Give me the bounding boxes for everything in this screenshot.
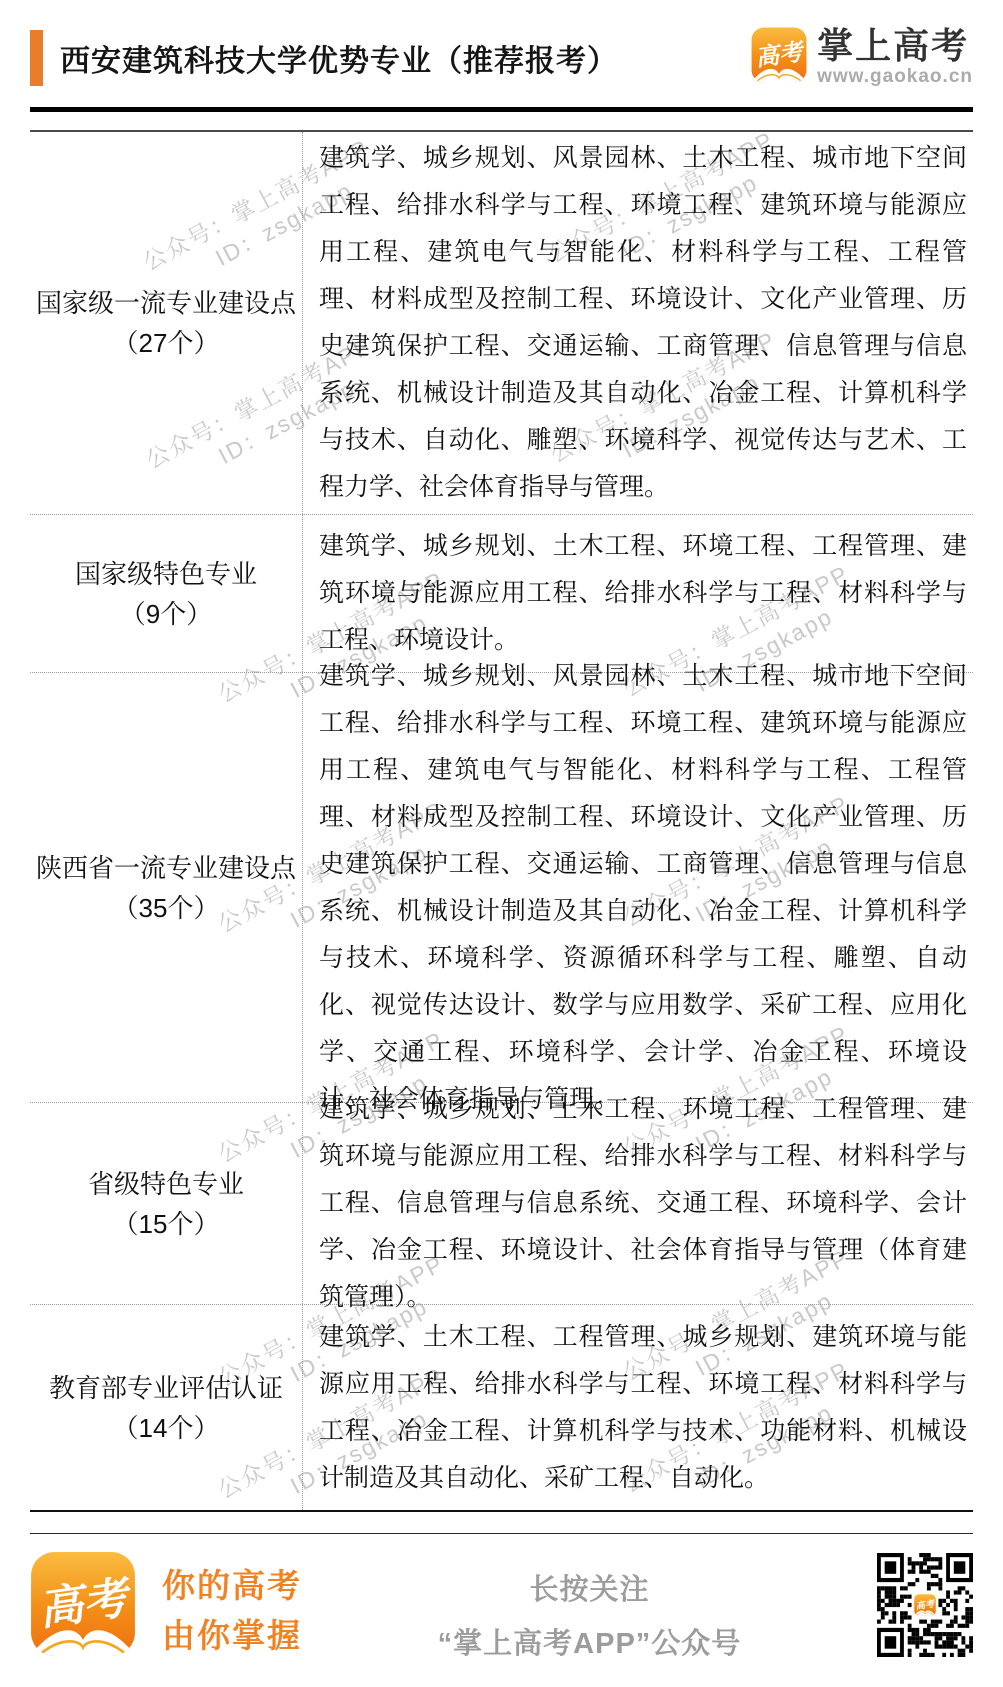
- row-label-title: 国家级一流专业建设点: [36, 283, 296, 323]
- footer: 高考 你的高考 由你掌握 长按关注 “掌上高考APP”公众号 高考: [30, 1551, 973, 1671]
- row-majors-text: 建筑学、城乡规划、风景园林、土木工程、城市地下空间工程、给排水科学与工程、环境工…: [319, 653, 967, 1123]
- brand-text: 掌上高考 www.gaokao.cn: [817, 26, 973, 88]
- brand-logo: 高考 掌上高考 www.gaokao.cn: [751, 26, 973, 88]
- row-label-count: （15个）: [113, 1204, 220, 1244]
- table-row: 教育部专业评估认证（14个）建筑学、土木工程、工程管理、城乡规划、建筑环境与能源…: [30, 1305, 973, 1510]
- footer-divider: [30, 1533, 973, 1534]
- title-accent-bar: [30, 30, 43, 86]
- row-majors-cell: 建筑学、土木工程、工程管理、城乡规划、建筑环境与能源应用工程、给排水科学与工程、…: [303, 1305, 973, 1510]
- row-majors-cell: 建筑学、城乡规划、风景园林、土木工程、城市地下空间工程、给排水科学与工程、环境工…: [303, 673, 973, 1102]
- qr-center-app-icon: 高考: [912, 1592, 938, 1618]
- header: 西安建筑科技大学优势专业（推荐报考） 高考 掌上高考 www.gaokao.cn: [30, 26, 973, 88]
- slogan-line-1: 你的高考: [162, 1561, 302, 1611]
- gaokao-app-icon-large: 高考: [30, 1551, 136, 1657]
- row-label-count: （27个）: [113, 323, 220, 363]
- footer-slogan: 你的高考 由你掌握: [162, 1561, 302, 1661]
- table-row: 国家级一流专业建设点（27个）建筑学、城乡规划、风景园林、土木工程、城市地下空间…: [30, 132, 973, 515]
- row-majors-cell: 建筑学、城乡规划、土木工程、环境工程、工程管理、建筑环境与能源应用工程、给排水科…: [303, 515, 973, 672]
- row-majors-text: 建筑学、城乡规划、土木工程、环境工程、工程管理、建筑环境与能源应用工程、给排水科…: [319, 1086, 967, 1321]
- table-row: 陕西省一流专业建设点（35个）建筑学、城乡规划、风景园林、土木工程、城市地下空间…: [30, 673, 973, 1103]
- row-label-count: （14个）: [113, 1408, 220, 1448]
- page: 公众号：掌上高考APPID：zsgkapp公众号：掌上高考APPID：zsgka…: [0, 0, 1003, 1687]
- row-label-count: （9个）: [120, 594, 212, 634]
- row-label-title: 教育部专业评估认证: [49, 1368, 283, 1408]
- follow-line-1: 长按关注: [302, 1563, 877, 1617]
- brand-name: 掌上高考: [817, 26, 973, 66]
- page-title: 西安建筑科技大学优势专业（推荐报考）: [60, 36, 618, 80]
- qr-code: 高考: [877, 1553, 973, 1657]
- row-majors-text: 建筑学、城乡规划、风景园林、土木工程、城市地下空间工程、给排水科学与工程、环境工…: [319, 135, 967, 511]
- row-label-title: 省级特色专业: [88, 1164, 244, 1204]
- title-block: 西安建筑科技大学优势专业（推荐报考）: [30, 30, 618, 86]
- row-label-title: 陕西省一流专业建设点: [36, 848, 296, 888]
- content: 西安建筑科技大学优势专业（推荐报考） 高考 掌上高考 www.gaokao.cn…: [0, 0, 1003, 1687]
- majors-table: 国家级一流专业建设点（27个）建筑学、城乡规划、风景园林、土木工程、城市地下空间…: [30, 132, 973, 1510]
- gaokao-app-icon: 高考: [751, 27, 807, 88]
- header-divider-thick: [30, 107, 973, 112]
- follow-line-2: “掌上高考APP”公众号: [302, 1617, 877, 1671]
- row-majors-text: 建筑学、城乡规划、土木工程、环境工程、工程管理、建筑环境与能源应用工程、给排水科…: [319, 523, 967, 664]
- slogan-line-2: 由你掌握: [162, 1611, 302, 1661]
- row-majors-text: 建筑学、土木工程、工程管理、城乡规划、建筑环境与能源应用工程、给排水科学与工程、…: [319, 1314, 967, 1502]
- brand-url: www.gaokao.cn: [817, 66, 973, 88]
- row-majors-cell: 建筑学、城乡规划、风景园林、土木工程、城市地下空间工程、给排水科学与工程、环境工…: [303, 132, 973, 514]
- row-label: 教育部专业评估认证（14个）: [30, 1305, 303, 1510]
- row-majors-cell: 建筑学、城乡规划、土木工程、环境工程、工程管理、建筑环境与能源应用工程、给排水科…: [303, 1103, 973, 1304]
- footer-follow-text: 长按关注 “掌上高考APP”公众号: [302, 1563, 877, 1671]
- table-bottom-rule: [30, 1510, 973, 1512]
- row-label: 国家级特色专业（9个）: [30, 515, 303, 672]
- row-label-count: （35个）: [113, 888, 220, 928]
- table-row: 国家级特色专业（9个）建筑学、城乡规划、土木工程、环境工程、工程管理、建筑环境与…: [30, 515, 973, 673]
- row-label: 陕西省一流专业建设点（35个）: [30, 673, 303, 1102]
- row-label: 国家级一流专业建设点（27个）: [30, 132, 303, 514]
- table-row: 省级特色专业（15个）建筑学、城乡规划、土木工程、环境工程、工程管理、建筑环境与…: [30, 1103, 973, 1305]
- row-label-title: 国家级特色专业: [75, 554, 257, 594]
- row-label: 省级特色专业（15个）: [30, 1103, 303, 1304]
